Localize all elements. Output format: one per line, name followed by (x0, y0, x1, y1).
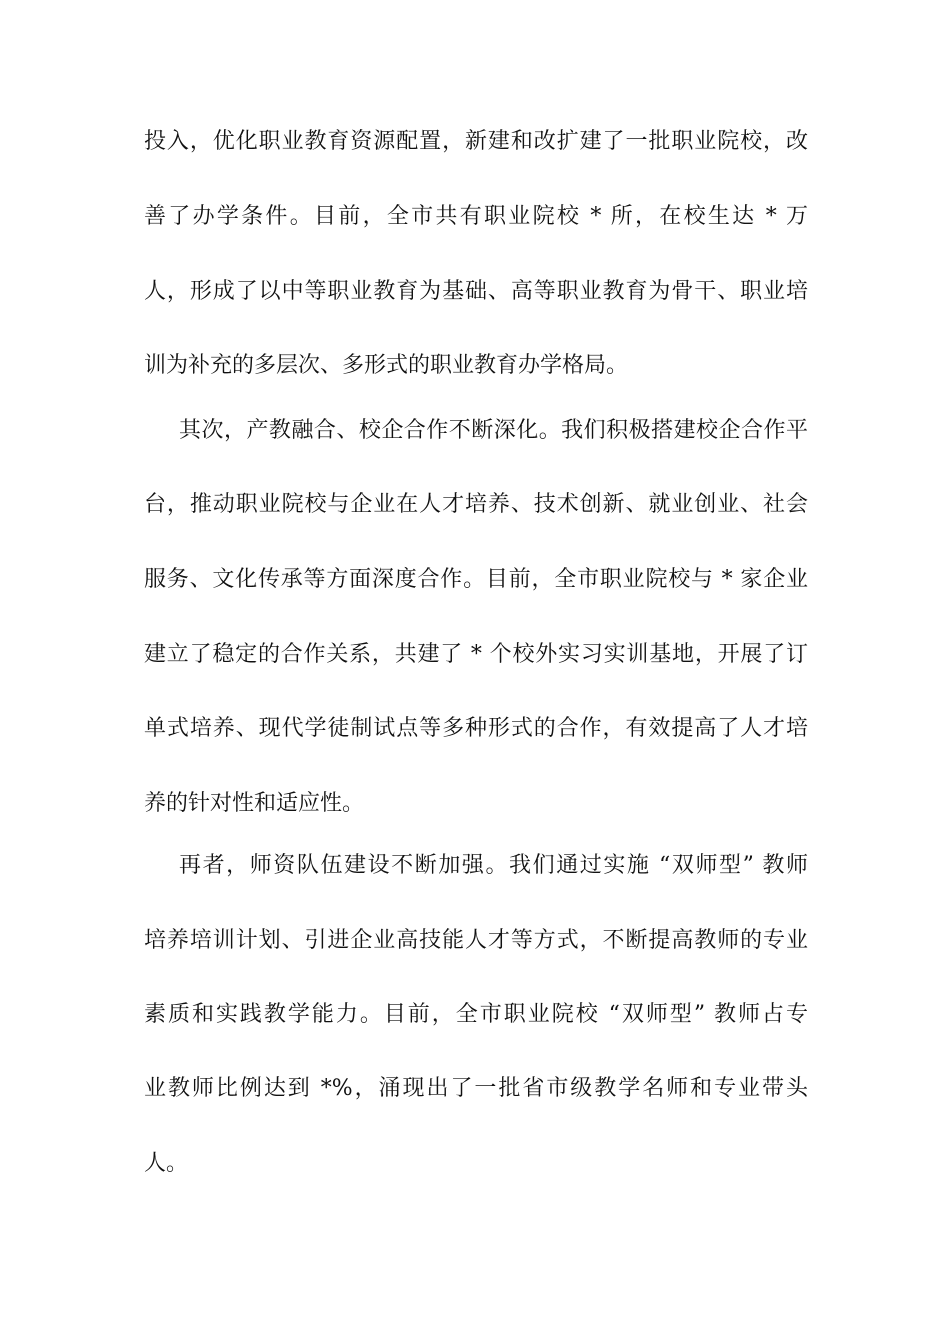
text-line: 人。 (144, 1149, 808, 1179)
text-line: 善了办学条件。目前，全市共有职业院校 * 所，在校生达 * 万 (144, 202, 808, 232)
text-line: 投入，优化职业教育资源配置，新建和改扩建了一批职业院校，改 (144, 127, 808, 157)
text-line: 再者，师资队伍建设不断加强。我们通过实施 “双师型” 教师 (179, 851, 808, 881)
text-line: 单式培养、现代学徒制试点等多种形式的合作，有效提高了人才培 (144, 714, 808, 744)
text-line: 业教师比例达到 *%，涌现出了一批省市级教学名师和专业带头 (144, 1074, 808, 1104)
document-page: 投入，优化职业教育资源配置，新建和改扩建了一批职业院校，改 善了办学条件。目前，… (0, 0, 950, 1344)
text-line: 台，推动职业院校与企业在人才培养、技术创新、就业创业、社会 (144, 490, 808, 520)
text-line: 其次，产教融合、校企合作不断深化。我们积极搭建校企合作平 (179, 416, 808, 446)
text-line: 建立了稳定的合作关系，共建了 * 个校外实习实训基地，开展了订 (144, 640, 808, 670)
text-line: 素质和实践教学能力。目前，全市职业院校 “双师型” 教师占专 (144, 1000, 808, 1030)
text-line: 人，形成了以中等职业教育为基础、高等职业教育为骨干、职业培 (144, 277, 808, 307)
text-line: 养的针对性和适应性。 (144, 789, 808, 819)
text-line: 服务、文化传承等方面深度合作。目前，全市职业院校与 * 家企业 (144, 565, 808, 595)
text-line: 培养培训计划、引进企业高技能人才等方式，不断提高教师的专业 (144, 926, 808, 956)
text-line: 训为补充的多层次、多形式的职业教育办学格局。 (144, 351, 808, 381)
